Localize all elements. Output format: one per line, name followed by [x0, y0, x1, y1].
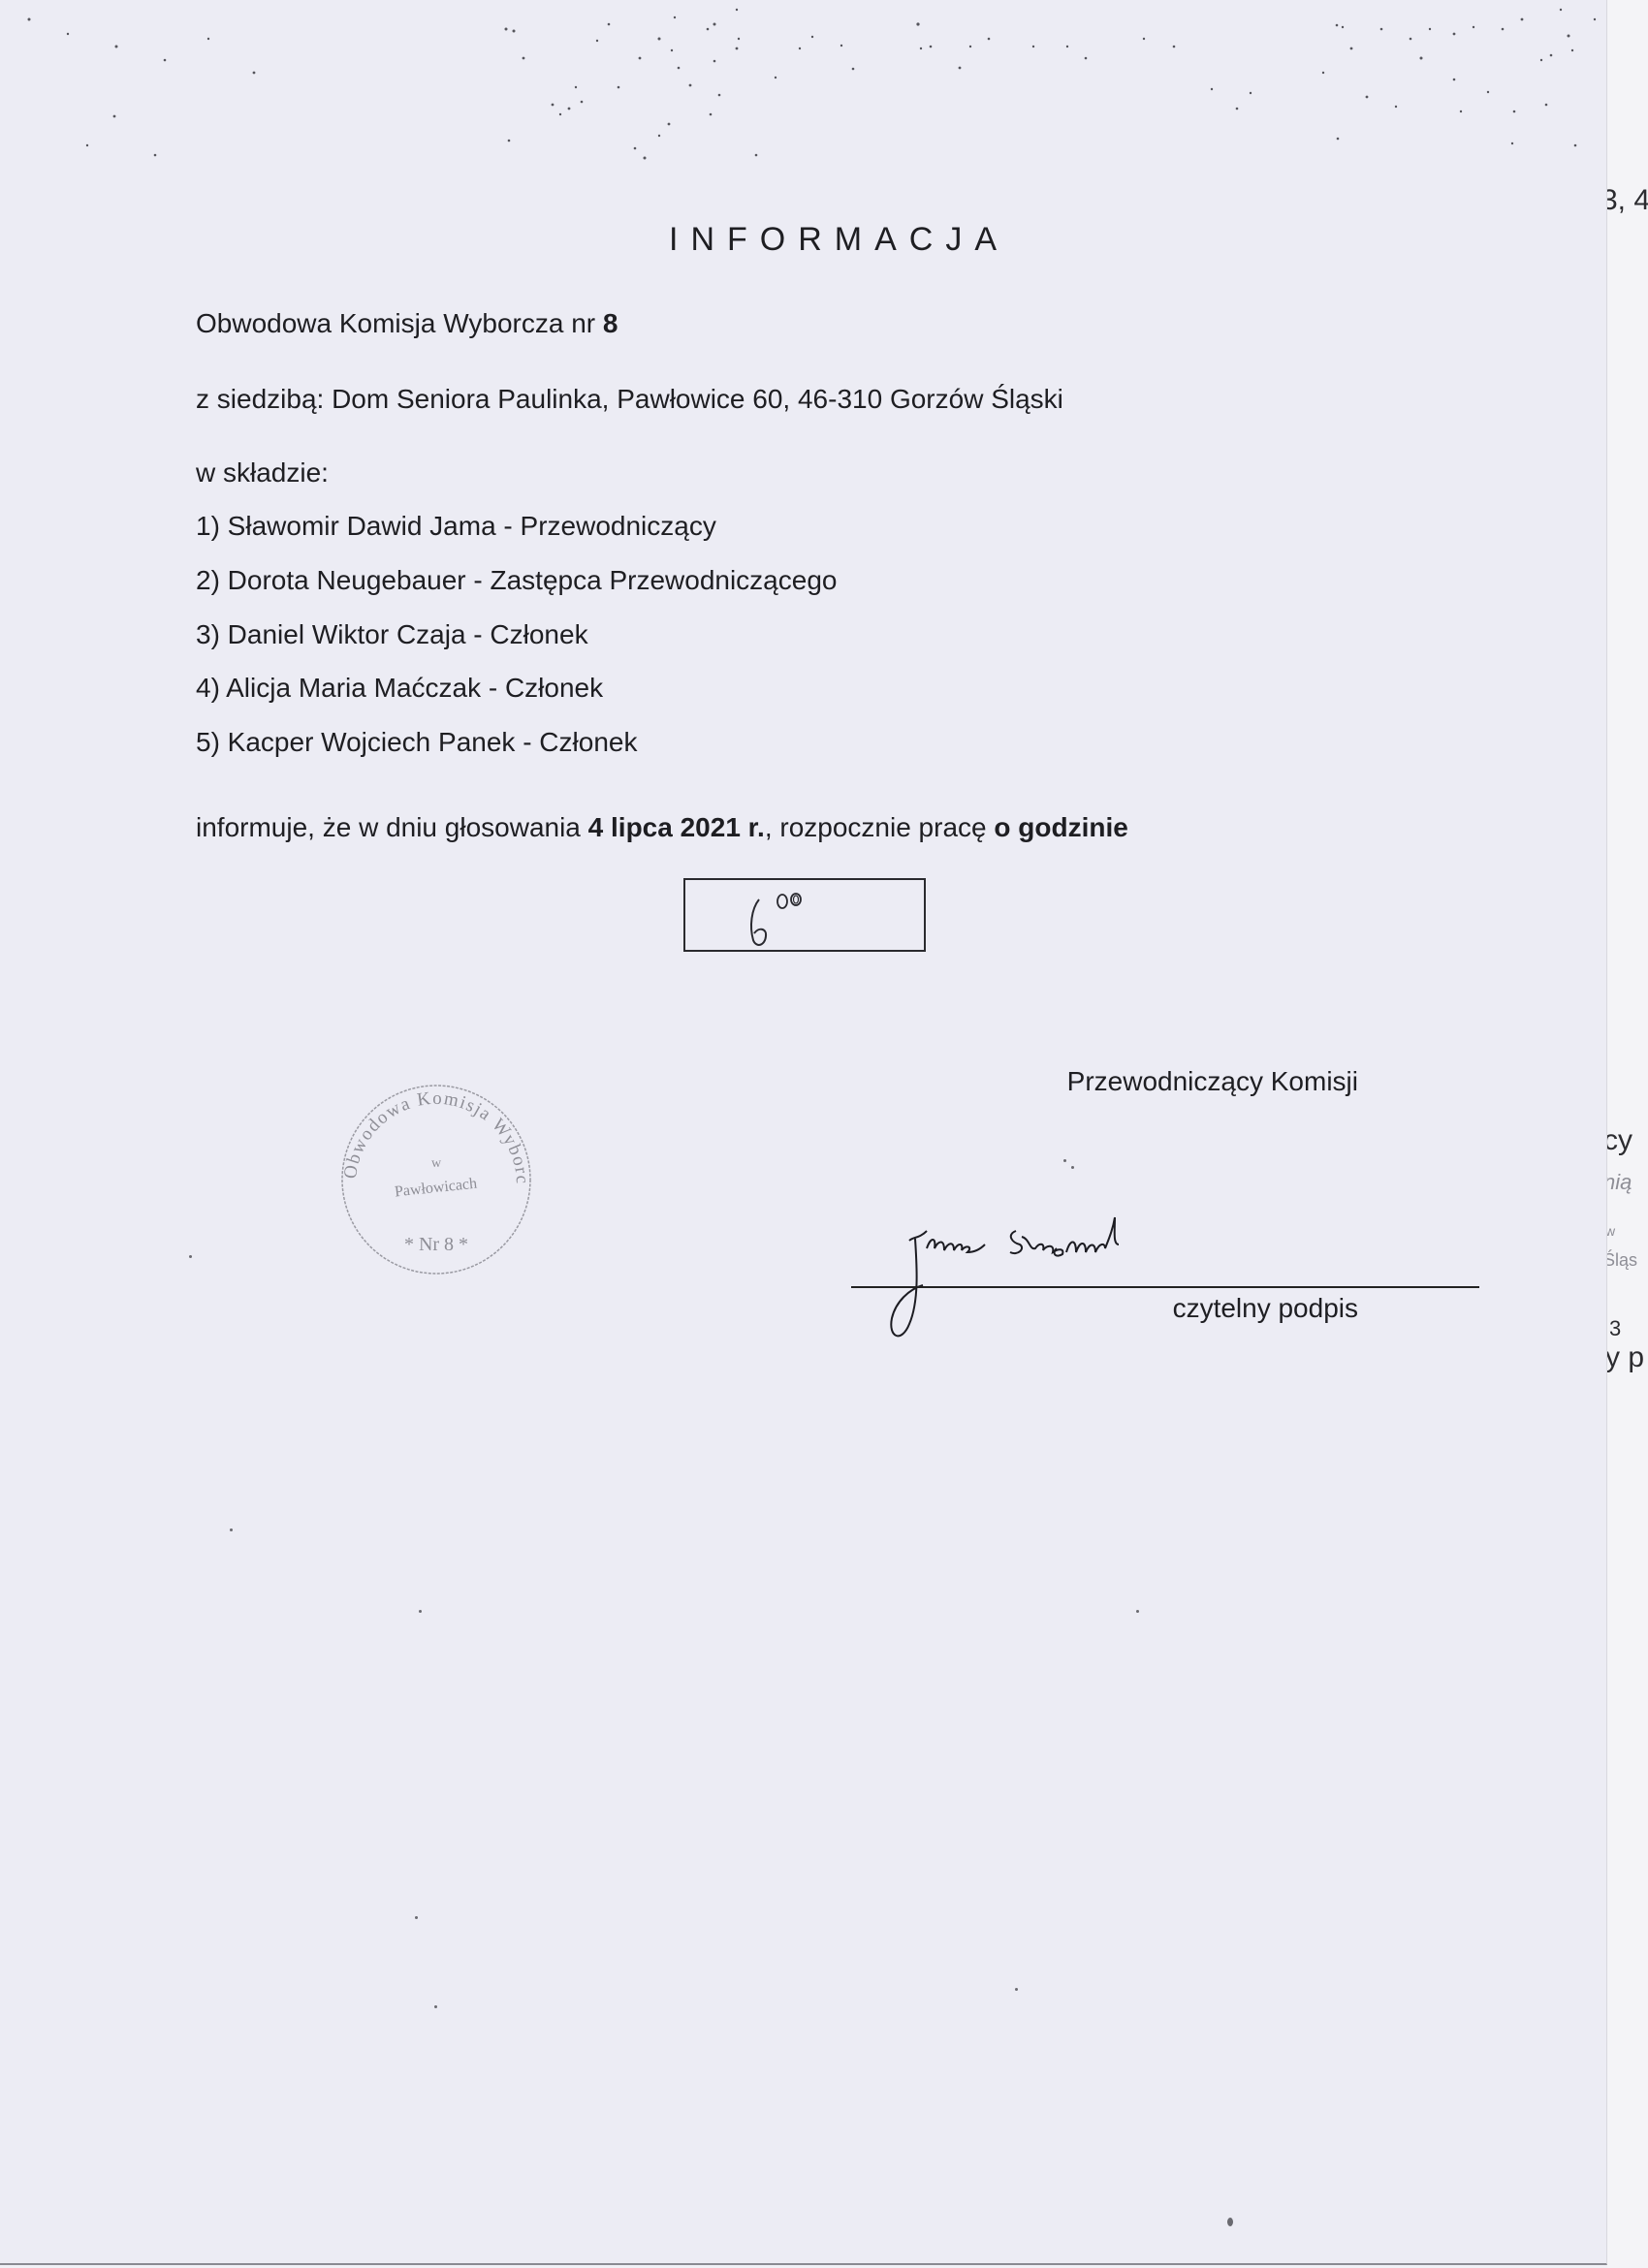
scan-speck — [415, 1916, 418, 1919]
election-date: 4 lipca 2021 r. — [588, 812, 765, 842]
scan-speck — [1136, 1610, 1139, 1613]
composition-label: w składzie: — [196, 457, 329, 488]
scan-speckle-noise — [0, 0, 1606, 213]
committee-number: 8 — [603, 308, 618, 338]
edge-fragment: 3 — [1609, 1316, 1621, 1341]
signature-caption: czytelny podpis — [1173, 1293, 1358, 1324]
scan-speck — [1071, 1166, 1074, 1169]
signature-block: Przewodniczący Komisji czytelny podpis — [851, 1066, 1481, 1357]
edge-fragment: y p — [1607, 1341, 1644, 1374]
member-item: 1) Sławomir Dawid Jama - Przewodniczący — [196, 511, 716, 542]
hour-label: o godzinie — [994, 812, 1127, 842]
member-item: 4) Alicja Maria Maćczak - Członek — [196, 673, 603, 704]
committee-prefix: Obwodowa Komisja Wyborcza nr — [196, 308, 603, 338]
edge-fragment: Śląs — [1607, 1250, 1637, 1271]
underlying-sheet-edge: 3, 4 cy nią w Śląs 3 y p — [1607, 0, 1648, 2268]
edge-fragment: w — [1607, 1223, 1615, 1239]
scan-speck — [230, 1528, 233, 1531]
edge-fragment: cy — [1607, 1124, 1632, 1157]
stamp-center-line1: w — [431, 1156, 442, 1171]
scan-speck — [189, 1255, 192, 1258]
inform-text-2: , rozpocznie pracę — [765, 812, 995, 842]
edge-fragment: 3, 4 — [1607, 184, 1648, 217]
scan-speck — [419, 1610, 422, 1613]
member-item: 5) Kacper Wojciech Panek - Członek — [196, 727, 637, 758]
start-hour-box — [683, 878, 926, 952]
member-item: 3) Daniel Wiktor Czaja - Członek — [196, 619, 588, 650]
official-stamp: Obwodowa Komisja Wyborcza w Pawłowicach … — [334, 1078, 538, 1281]
document-title: INFORMACJA — [669, 221, 1009, 259]
scan-speck — [1015, 1988, 1018, 1991]
inform-line: informuje, że w dniu głosowania 4 lipca … — [196, 812, 1128, 843]
scan-speck — [1227, 2218, 1233, 2226]
member-item: 2) Dorota Neugebauer - Zastępca Przewodn… — [196, 565, 837, 596]
scan-speck — [434, 2005, 437, 2008]
scanned-page: INFORMACJA Obwodowa Komisja Wyborcza nr … — [0, 0, 1607, 2265]
seat-line: z siedzibą: Dom Seniora Paulinka, Pawłow… — [196, 384, 1063, 415]
committee-line: Obwodowa Komisja Wyborcza nr 8 — [196, 308, 618, 339]
signature-line — [851, 1286, 1479, 1288]
edge-fragment: nią — [1607, 1170, 1632, 1195]
scan-speck — [1063, 1159, 1066, 1162]
handwritten-signature — [851, 1210, 1258, 1355]
handwritten-hour — [685, 880, 928, 954]
inform-text-1: informuje, że w dniu głosowania — [196, 812, 588, 842]
stamp-center-line2: Pawłowicach — [394, 1176, 478, 1201]
stamp-bottom-text: * Nr 8 * — [404, 1234, 468, 1255]
chair-label: Przewodniczący Komisji — [1067, 1066, 1358, 1097]
